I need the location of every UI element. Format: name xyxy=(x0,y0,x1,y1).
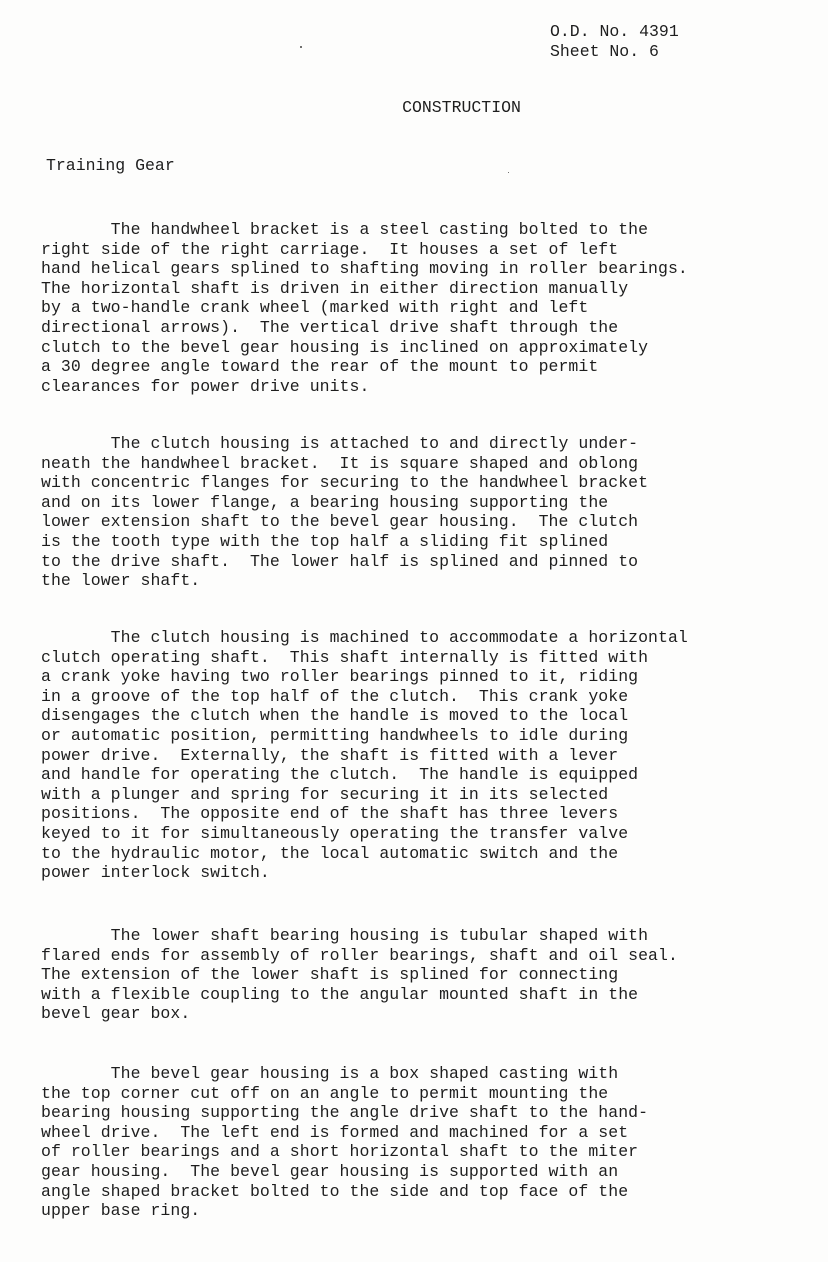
text-line: bevel gear box. xyxy=(41,1004,678,1024)
text-line: a 30 degree angle toward the rear of the… xyxy=(41,357,688,377)
text-line: power drive. Externally, the shaft is fi… xyxy=(41,746,688,766)
text-line: The clutch housing is machined to accomm… xyxy=(41,628,688,648)
od-number: O.D. No. 4391 xyxy=(550,22,679,42)
text-line: upper base ring. xyxy=(41,1201,648,1221)
text-line: a crank yoke having two roller bearings … xyxy=(41,667,688,687)
text-line: neath the handwheel bracket. It is squar… xyxy=(41,454,648,474)
text-line: The horizontal shaft is driven in either… xyxy=(41,279,688,299)
text-line: flared ends for assembly of roller beari… xyxy=(41,946,678,966)
text-line: by a two-handle crank wheel (marked with… xyxy=(41,298,688,318)
text-line: The extension of the lower shaft is spli… xyxy=(41,965,678,985)
text-line: hand helical gears splined to shafting m… xyxy=(41,259,688,279)
paragraph-lower-shaft-bearing: The lower shaft bearing housing is tubul… xyxy=(41,926,678,1024)
text-line: or automatic position, permitting handwh… xyxy=(41,726,688,746)
text-line: the top corner cut off on an angle to pe… xyxy=(41,1084,648,1104)
text-line: The clutch housing is attached to and di… xyxy=(41,434,648,454)
text-line: of roller bearings and a short horizonta… xyxy=(41,1142,648,1162)
text-line: keyed to it for simultaneously operating… xyxy=(41,824,688,844)
document-page: O.D. No. 4391Sheet No. 6 CONSTRUCTION Tr… xyxy=(0,0,828,1262)
text-line: to the drive shaft. The lower half is sp… xyxy=(41,552,648,572)
text-line: and on its lower flange, a bearing housi… xyxy=(41,493,648,513)
text-line: bearing housing supporting the angle dri… xyxy=(41,1103,648,1123)
text-line: clutch operating shaft. This shaft inter… xyxy=(41,648,688,668)
sheet-number: Sheet No. 6 xyxy=(550,42,679,62)
text-line: The handwheel bracket is a steel casting… xyxy=(41,220,688,240)
paragraph-clutch-operating-shaft: The clutch housing is machined to accomm… xyxy=(41,628,688,883)
text-line: power interlock switch. xyxy=(41,863,688,883)
section-title: CONSTRUCTION xyxy=(0,98,828,117)
text-line: right side of the right carriage. It hou… xyxy=(41,240,688,260)
text-line: The lower shaft bearing housing is tubul… xyxy=(41,926,678,946)
text-line: gear housing. The bevel gear housing is … xyxy=(41,1162,648,1182)
text-line: clearances for power drive units. xyxy=(41,377,688,397)
document-reference: O.D. No. 4391Sheet No. 6 xyxy=(550,22,679,61)
subsection-title: Training Gear xyxy=(46,156,175,175)
text-line: directional arrows). The vertical drive … xyxy=(41,318,688,338)
text-line: disengages the clutch when the handle is… xyxy=(41,706,688,726)
text-line: the lower shaft. xyxy=(41,571,648,591)
text-line: with a flexible coupling to the angular … xyxy=(41,985,678,1005)
paragraph-clutch-housing: The clutch housing is attached to and di… xyxy=(41,434,648,591)
text-line: is the tooth type with the top half a sl… xyxy=(41,532,648,552)
text-line: lower extension shaft to the bevel gear … xyxy=(41,512,648,532)
text-line: with a plunger and spring for securing i… xyxy=(41,785,688,805)
text-line: clutch to the bevel gear housing is incl… xyxy=(41,338,688,358)
paragraph-handwheel-bracket: The handwheel bracket is a steel casting… xyxy=(41,220,688,396)
text-line: with concentric flanges for securing to … xyxy=(41,473,648,493)
text-line: to the hydraulic motor, the local automa… xyxy=(41,844,688,864)
text-line: in a groove of the top half of the clutc… xyxy=(41,687,688,707)
text-line: wheel drive. The left end is formed and … xyxy=(41,1123,648,1143)
paper-speck xyxy=(508,172,509,173)
paper-speck xyxy=(300,46,302,48)
text-line: and handle for operating the clutch. The… xyxy=(41,765,688,785)
text-line: The bevel gear housing is a box shaped c… xyxy=(41,1064,648,1084)
paragraph-bevel-gear-housing: The bevel gear housing is a box shaped c… xyxy=(41,1064,648,1221)
text-line: positions. The opposite end of the shaft… xyxy=(41,804,688,824)
text-line: angle shaped bracket bolted to the side … xyxy=(41,1182,648,1202)
